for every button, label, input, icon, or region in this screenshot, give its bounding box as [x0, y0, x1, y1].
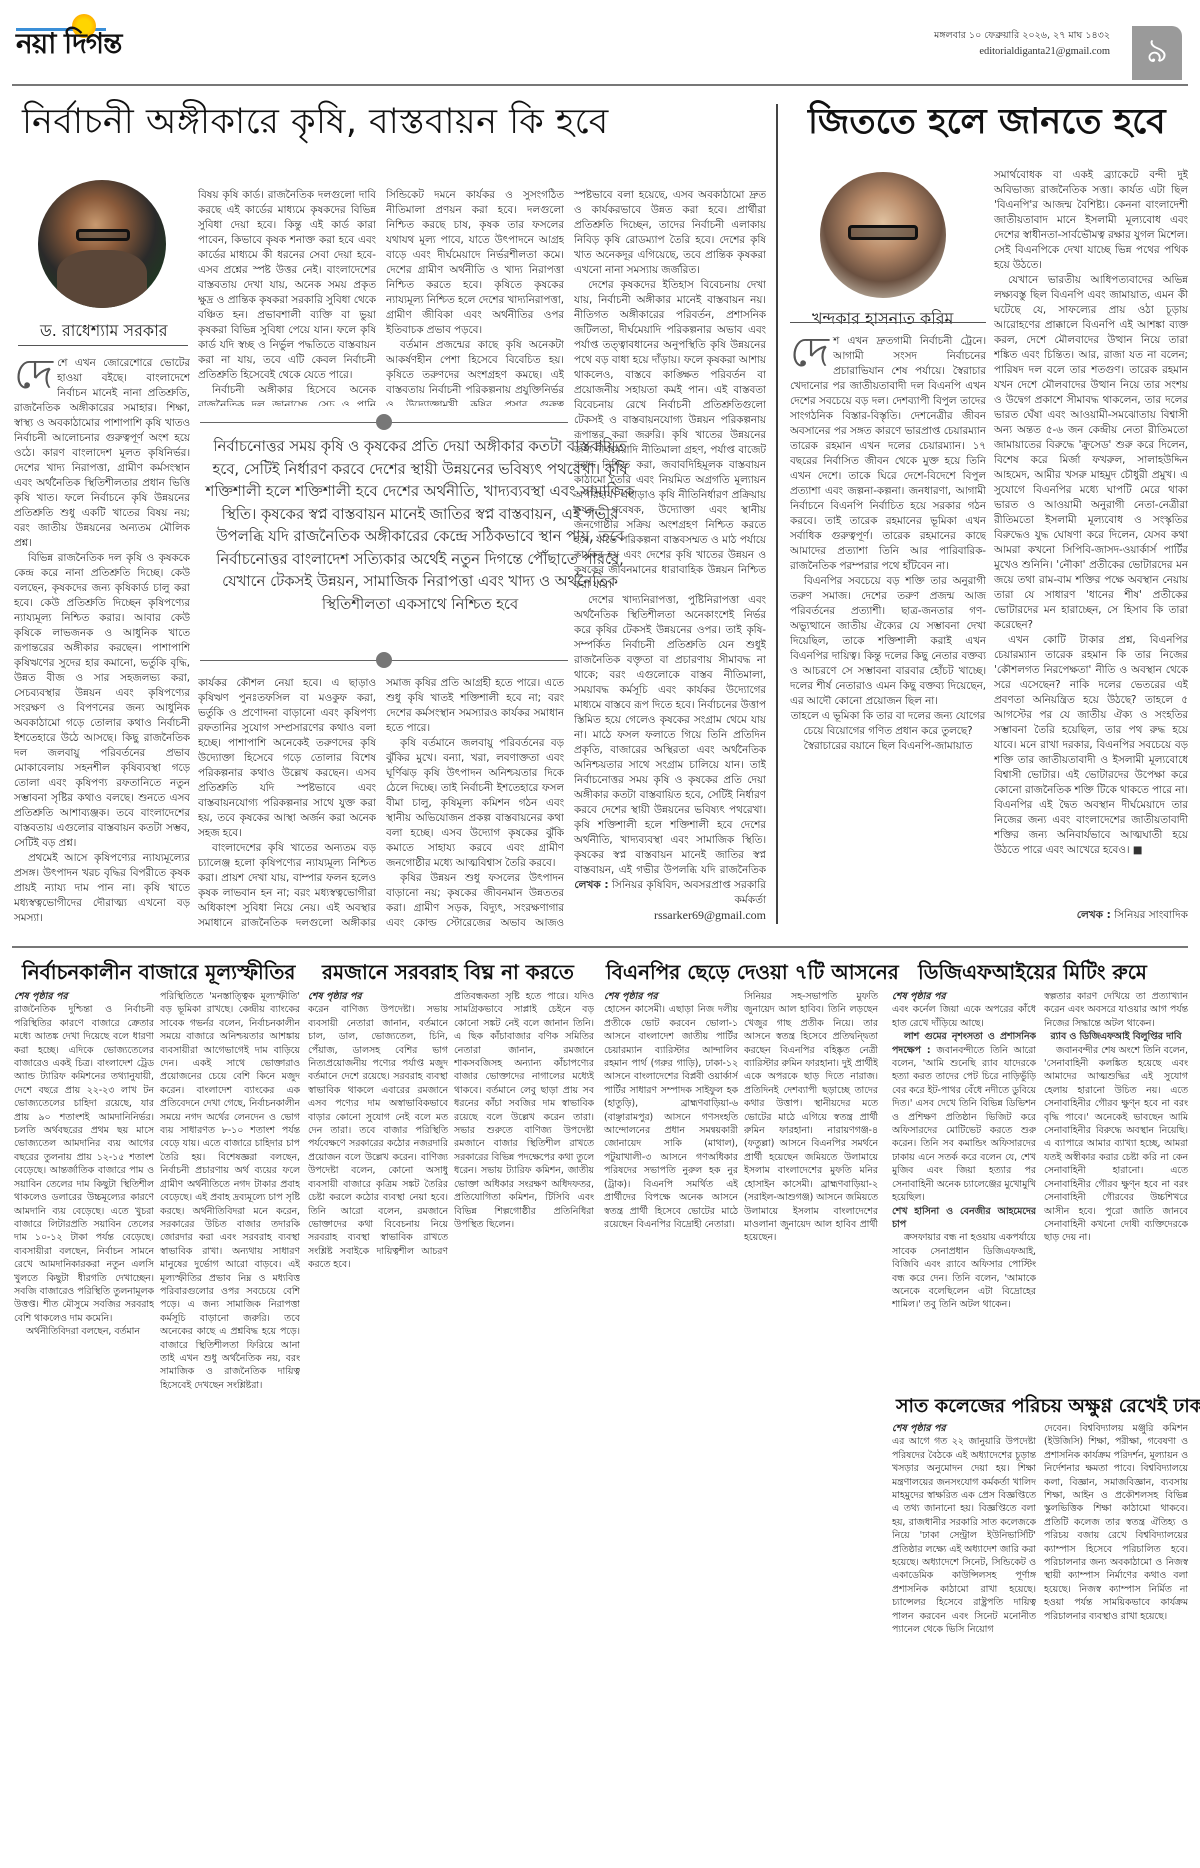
byline-text: সিনিয়র সাংবাদিক	[1114, 909, 1188, 921]
article-paragraph: দেশের কৃষকদের ইতিহাস বিবেচনায় দেখা যায়…	[574, 278, 766, 593]
article-paragraph: বিভিন্ন রাজনৈতিক দল কৃষি ও কৃষককে কেন্দ্…	[14, 551, 190, 851]
article-text: সমার্থবোধক বা একই ব্র্যাকেটে বন্দী দুই অ…	[994, 169, 1188, 271]
article-paragraph: অর্থনীতিবিদরা বলছেন, বর্তমান	[14, 1325, 154, 1338]
byline: লেখক : সিনিয়র সাংবাদিক	[994, 908, 1188, 923]
article-paragraph: এখন কোটি টাকার প্রশ্ন, বিএনপির চেয়ারম্য…	[994, 633, 1188, 858]
headline-seven-colleges[interactable]: সাত কলেজের পরিচয় অক্ষুণ্ণ রেখেই ঢাকা	[896, 1392, 1200, 1424]
headline-ramadan-supply[interactable]: রমজানে সরবরাহ বিঘ্ন না করতে	[322, 958, 574, 991]
ramadan-column-2: প্রতিবন্ধকতা সৃষ্টি হতে পারে। যদিও সামগ্…	[454, 990, 594, 1790]
article-text: পরিস্থিতিতে 'মনস্তাত্ত্বিক মূল্যস্ফীতি' …	[160, 991, 300, 1391]
article-paragraph: প্রথমেই আসে কৃষিপণ্যের ন্যায্যমূল্যের প্…	[14, 851, 190, 926]
continued-kicker: শেষ পৃষ্ঠার পর	[308, 990, 448, 1003]
article-paragraph: কৃষি বর্তমানে জলবায়ু পরিবর্তনের বড় ঝুঁ…	[386, 736, 564, 871]
author-photo-hasnat	[820, 172, 946, 298]
article-paragraph: কৃষির উন্নয়ন শুধু ফসলের উৎপাদন বাড়ানো …	[386, 871, 564, 932]
article-text: হোসেন কাসেমী। এছাড়া নিজ দলীয় প্রতীকে ভ…	[604, 1004, 738, 1230]
subheading: স্বৈরাচারের বয়ানে ছিল বিএনপি-জামায়াত	[790, 739, 986, 754]
masthead: নয়া দিগন্ত মঙ্গলবার ১০ ফেব্রুয়ারি ২০২৬…	[0, 0, 1200, 82]
article-column-2-bottom: কার্যকর কৌশল নেয়া হবে। এ ছাড়াও কৃষিঋণ …	[198, 676, 376, 932]
market-column-1: শেষ পৃষ্ঠার পর রাজনৈতিক দুশ্চিন্তা ও নির…	[14, 990, 154, 1790]
college-column-2: দেবেন। বিশ্ববিদ্যালয় মঞ্জুরি কমিশন (ইউজ…	[1044, 1422, 1188, 1790]
article-text: করেন বাণিজ্য উপদেষ্টা। সভায় ব্যবসায়ী ন…	[308, 1004, 448, 1270]
article-column-1: দে শে এখন জোরেশোরে ভোটের হাওয়া বইছে। বা…	[14, 356, 190, 936]
article-text: স্পষ্টভাবে বলা হয়েছে, এসব অবকাঠামো দ্রু…	[574, 189, 766, 276]
article-text: কার্যকর কৌশল নেয়া হবে। এ ছাড়াও কৃষিঋণ …	[198, 677, 376, 839]
dropcap: দে	[790, 334, 829, 370]
continued-kicker: শেষ পৃষ্ঠার পর	[892, 1422, 1036, 1435]
article-text: এর আগে গত ২২ জানুয়ারি উপদেষ্টা পরিষদের …	[892, 1436, 1036, 1635]
pullquote-dot-icon	[376, 414, 392, 430]
article-text: সিন্ডিকেট দমনে কার্যকর ও সুসংগঠিত নীতিমা…	[386, 189, 564, 336]
pullquote-dot-icon	[376, 652, 392, 668]
article-paragraph: জবানবন্দীর শেষ অংশে তিনি বলেন, 'সেনাবাহি…	[1044, 1044, 1188, 1245]
article-paragraph: ক্রসফায়ার বন্ধ না হওয়ায় একপর্যায়ে সা…	[892, 1231, 1036, 1311]
author-glasses-shape	[76, 229, 130, 242]
page-number-badge: ৯	[1132, 26, 1182, 80]
author-divider	[18, 345, 188, 346]
article-text: জবানবন্দীতে তিনি আরো বলেন, 'আমি শুনেছি র…	[892, 1045, 1036, 1203]
article-paragraph: দেশের খাদ্যনিরাপত্তা, পুষ্টিনিরাপত্তা এব…	[574, 593, 766, 878]
editorial-email[interactable]: editorialdiganta21@gmail.com	[934, 44, 1110, 60]
continued-kicker: শেষ পৃষ্ঠার পর	[892, 990, 1036, 1003]
article-text: দেবেন। বিশ্ববিদ্যালয় মঞ্জুরি কমিশন (ইউজ…	[1044, 1423, 1188, 1622]
issue-date: মঙ্গলবার ১০ ফেব্রুয়ারি ২০২৬, ২৭ মাঘ ১৪৩…	[934, 28, 1110, 44]
section-divider	[12, 946, 1188, 948]
date-block: মঙ্গলবার ১০ ফেব্রুয়ারি ২০২৬, ২৭ মাঘ ১৪৩…	[934, 28, 1110, 60]
author-glasses-shape	[848, 225, 919, 240]
article-paragraph: যেখানে ভারতীয় আধিপত্যবাদের অভিন্ন লক্ষ্…	[994, 273, 1188, 633]
subheading: র‍্যাব ও ডিজিএফআই বিলুপ্তির দাবি	[1044, 1030, 1188, 1043]
newspaper-logo[interactable]: নয়া দিগন্ত	[16, 22, 121, 69]
article-column-3-bottom: সমাজ কৃষির প্রতি আগ্রহী হতে পারে। এতে শু…	[386, 676, 564, 932]
market-column-2: পরিস্থিতিতে 'মনস্তাত্ত্বিক মূল্যস্ফীতি' …	[160, 990, 300, 1790]
byline-text: সিনিয়র কৃষিবিদ, অবসরপ্রাপ্ত সরকারি কর্ম…	[612, 879, 766, 906]
opinion-column-1: দে শ এখন দ্রুতগামী নির্বাচনী ট্রেনে। আগা…	[790, 334, 986, 930]
headline-dgfi-meeting[interactable]: ডিজিএফআইয়ের মিটিং রুমে	[918, 958, 1147, 991]
ramadan-column-1: শেষ পৃষ্ঠার পর করেন বাণিজ্য উপদেষ্টা। সভ…	[308, 990, 448, 1790]
article-text: স্বল্পতার কারণ দেখিয়ে তা প্রত্যাখ্যান ক…	[1044, 991, 1188, 1029]
article-column-4: স্পষ্টভাবে বলা হয়েছে, এসব অবকাঠামো দ্রু…	[574, 188, 766, 878]
byline-label: লেখক :	[1077, 909, 1111, 921]
article-column-3-top: সিন্ডিকেট দমনে কার্যকর ও সুসংগঠিত নীতিমা…	[386, 188, 564, 406]
article-paragraph: বর্তমান প্রজন্মের কাছে কৃষি অনেকটা আকর্ষ…	[386, 338, 564, 406]
author-divider	[790, 322, 986, 323]
byline: লেখক : সিনিয়র কৃষিবিদ, অবসরপ্রাপ্ত সরকা…	[574, 878, 766, 923]
dgfi-column-1: শেষ পৃষ্ঠার পর এবং কর্নেল জিয়া একে অপরে…	[892, 990, 1036, 1382]
subheading: শেখ হাসিনা ও বেনজীর আহমেদের চাপ	[892, 1205, 1036, 1232]
article-headline-opinion[interactable]: জিততে হলে জানতে হবে	[808, 94, 1166, 153]
article-paragraph: বাংলাদেশের কৃষি খাতের অন্যতম বড় চ্যালেঞ…	[198, 841, 376, 932]
author-suit-shape	[57, 250, 147, 308]
author-email[interactable]: rssarker69@gmail.com	[574, 908, 766, 923]
header-divider	[12, 84, 1188, 86]
author-name: খন্দকার হাসনাত করিম	[812, 306, 953, 333]
dropcap: দে	[14, 356, 53, 392]
college-column-1: শেষ পৃষ্ঠার পর এর আগে গত ২২ জানুয়ারি উপ…	[892, 1422, 1036, 1790]
logo-text: নয়া দিগন্ত	[16, 27, 121, 60]
article-text: সিনিয়র সহ-সভাপতি মুফতি জুনায়েদ আল হাবি…	[744, 991, 878, 1243]
headline-market-inflation[interactable]: নির্বাচনকালীন বাজারে মূল্যস্ফীতির	[22, 958, 295, 991]
article-text: রাজনৈতিক দুশ্চিন্তা ও নির্বাচনী পরিস্থিত…	[14, 1004, 154, 1323]
article-paragraph: নির্বাচনী অঙ্গীকার হিসেবে অনেক রাজনৈতিক …	[198, 383, 376, 406]
page-number: ৯	[1146, 25, 1168, 82]
continued-kicker: শেষ পৃষ্ঠার পর	[604, 990, 738, 1003]
column-divider	[776, 104, 778, 924]
article-column-2-top: বিষয় কৃষি কার্ড। রাজনৈতিক দলগুলো দাবি ক…	[198, 188, 376, 406]
article-paragraph: তাহলে এ ভূমিকা কি তার বা দলের জন্য যোগের…	[790, 709, 986, 739]
bnp-column-1: শেষ পৃষ্ঠার পর হোসেন কাসেমী। এছাড়া নিজ …	[604, 990, 738, 1790]
continued-kicker: শেষ পৃষ্ঠার পর	[14, 990, 154, 1003]
article-text: এবং কর্নেল জিয়া একে অপরের কাঁধে হাত রেখ…	[892, 1004, 1036, 1028]
article-text: প্রতিবন্ধকতা সৃষ্টি হতে পারে। যদিও সামগ্…	[454, 991, 594, 1230]
author-name: ড. রাধেশ্যাম সরকার	[40, 318, 168, 345]
article-paragraph: বিএনপির সবচেয়ে বড় শক্তি তার অনুরাগী তর…	[790, 574, 986, 709]
dgfi-column-2: স্বল্পতার কারণ দেখিয়ে তা প্রত্যাখ্যান ক…	[1044, 990, 1188, 1382]
byline-label: লেখক :	[574, 879, 608, 891]
article-text: সমাজ কৃষির প্রতি আগ্রহী হতে পারে। এতে শু…	[386, 677, 564, 734]
article-headline-agriculture[interactable]: নির্বাচনী অঙ্গীকারে কৃষি, বাস্তবায়ন কি …	[22, 94, 609, 153]
author-photo-radheshyam	[38, 180, 166, 308]
opinion-column-2: সমার্থবোধক বা একই ব্র্যাকেটে বন্দী দুই অ…	[994, 168, 1188, 888]
headline-bnp-seats[interactable]: বিএনপির ছেড়ে দেওয়া ৭টি আসনের	[606, 958, 899, 991]
bnp-column-2: সিনিয়র সহ-সভাপতি মুফতি জুনায়েদ আল হাবি…	[744, 990, 878, 1790]
article-text: বিষয় কৃষি কার্ড। রাজনৈতিক দলগুলো দাবি ক…	[198, 189, 376, 381]
